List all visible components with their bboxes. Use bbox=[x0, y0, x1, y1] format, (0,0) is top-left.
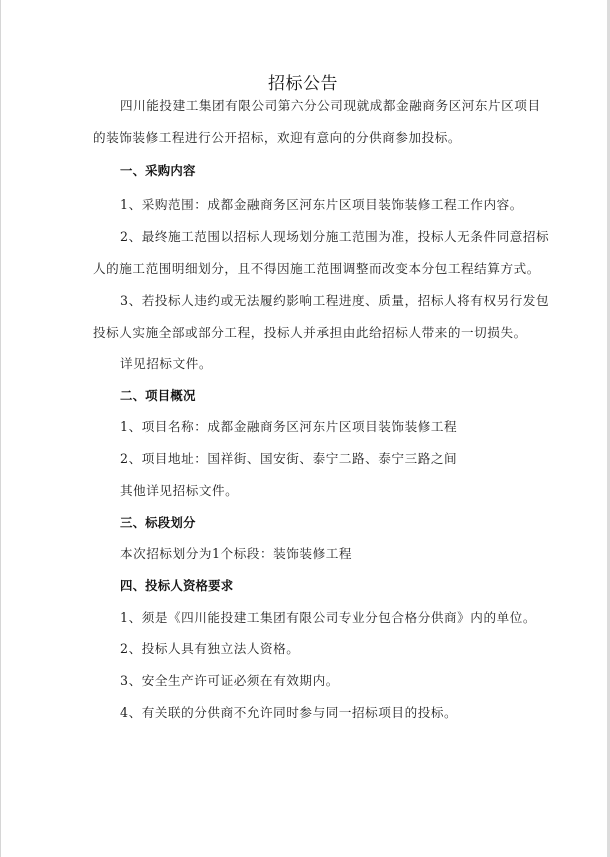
procurement-item-1: 1、采购范围：成都金融商务区河东片区项目装饰装修工程工作内容。 bbox=[120, 197, 523, 213]
qualification-item-1: 1、须是《四川能投建工集团有限公司专业分包合格分供商》内的单位。 bbox=[120, 610, 536, 626]
procurement-item-2-line-2: 人的施工范围明细划分，且不得因施工范围调整而改变本分包工程结算方式。 bbox=[93, 261, 540, 277]
procurement-item-2-line-1: 2、最终施工范围以招标人现场划分施工范围为准，投标人无条件同意招标 bbox=[120, 229, 549, 245]
section-heading-overview: 二、项目概况 bbox=[120, 388, 196, 404]
intro-line-1: 四川能投建工集团有限公司第六分公司现就成都金融商务区河东片区项目 bbox=[120, 98, 541, 114]
procurement-see-docs: 详见招标文件。 bbox=[120, 356, 212, 372]
section-heading-procurement: 一、采购内容 bbox=[120, 163, 196, 179]
document-page: 招标公告 四川能投建工集团有限公司第六分公司现就成都金融商务区河东片区项目 的装… bbox=[1, 0, 607, 857]
overview-item-address: 2、项目地址：国祥街、国安街、泰宁二路、泰宁三路之间 bbox=[120, 451, 457, 467]
qualification-item-2: 2、投标人具有独立法人资格。 bbox=[120, 641, 299, 657]
procurement-item-3-line-1: 3、若投标人违约或无法履约影响工程进度、质量，招标人将有权另行发包 bbox=[120, 293, 549, 309]
section-heading-lots: 三、标段划分 bbox=[120, 515, 196, 531]
overview-item-name: 1、项目名称：成都金融商务区河东片区项目装饰装修工程 bbox=[120, 419, 457, 435]
document-title: 招标公告 bbox=[93, 72, 513, 96]
overview-see-docs: 其他详见招标文件。 bbox=[120, 483, 238, 499]
qualification-item-4: 4、有关联的分供商不允许同时参与同一招标项目的投标。 bbox=[120, 705, 457, 721]
section-heading-qualifications: 四、投标人资格要求 bbox=[120, 578, 233, 594]
intro-line-2: 的装饰装修工程进行公开招标，欢迎有意向的分供商参加投标。 bbox=[93, 130, 461, 146]
qualification-item-3: 3、安全生产许可证必须在有效期内。 bbox=[120, 673, 339, 689]
procurement-item-3-line-2: 投标人实施全部或部分工程，投标人并承担由此给招标人带来的一切损失。 bbox=[93, 325, 527, 341]
lots-item-1: 本次招标划分为1个标段：装饰装修工程 bbox=[120, 546, 352, 562]
